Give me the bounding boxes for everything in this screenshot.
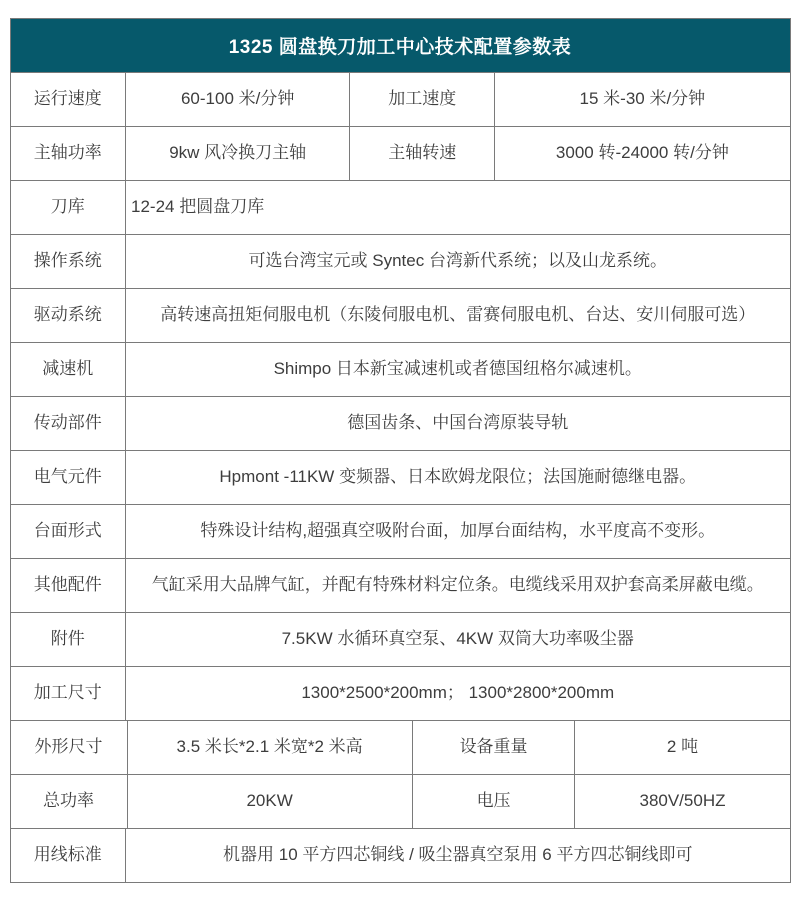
- spec-value-cell: 德国齿条、中国台湾原装导轨: [125, 397, 790, 450]
- spec-label-cell: 加工尺寸: [11, 667, 126, 720]
- spec-value-cell: 20KW: [127, 775, 412, 828]
- table-row: 运行速度60-100 米/分钟加工速度15 米-30 米/分钟: [11, 72, 790, 126]
- spec-label-cell: 主轴功率: [11, 127, 126, 180]
- spec-label-cell: 总功率: [11, 775, 127, 828]
- spec-label-cell: 台面形式: [11, 505, 126, 558]
- spec-label-cell: 运行速度: [11, 73, 126, 126]
- spec-label-cell: 加工速度: [349, 73, 494, 126]
- spec-value-cell: 9kw 风冷换刀主轴: [125, 127, 349, 180]
- spec-value-cell: Hpmont -11KW 变频器、日本欧姆龙限位；法国施耐德继电器。: [125, 451, 790, 504]
- table-title: 1325 圆盘换刀加工中心技术配置参数表: [11, 19, 790, 72]
- spec-table: 1325 圆盘换刀加工中心技术配置参数表 运行速度60-100 米/分钟加工速度…: [10, 18, 791, 883]
- table-row: 总功率20KW电压380V/50HZ: [11, 774, 790, 828]
- table-row: 刀库12-24 把圆盘刀库: [11, 180, 790, 234]
- spec-label-cell: 其他配件: [11, 559, 126, 612]
- spec-label-cell: 电气元件: [11, 451, 126, 504]
- spec-label-cell: 减速机: [11, 343, 126, 396]
- table-row: 减速机Shimpo 日本新宝减速机或者德国纽格尔减速机。: [11, 342, 790, 396]
- spec-value-cell: 60-100 米/分钟: [125, 73, 349, 126]
- spec-value-cell: 3000 转-24000 转/分钟: [494, 127, 789, 180]
- spec-label-cell: 附件: [11, 613, 126, 666]
- spec-label-cell: 主轴转速: [349, 127, 494, 180]
- spec-value-cell: 可选台湾宝元或 Syntec 台湾新代系统；以及山龙系统。: [125, 235, 790, 288]
- table-row: 外形尺寸3.5 米长*2.1 米宽*2 米高设备重量2 吨: [11, 720, 790, 774]
- spec-value-cell: 特殊设计结构,超强真空吸附台面，加厚台面结构，水平度高不变形。: [125, 505, 790, 558]
- table-row: 台面形式特殊设计结构,超强真空吸附台面，加厚台面结构，水平度高不变形。: [11, 504, 790, 558]
- spec-label-cell: 操作系统: [11, 235, 126, 288]
- spec-value-cell: 机器用 10 平方四芯铜线 / 吸尘器真空泵用 6 平方四芯铜线即可: [125, 829, 790, 882]
- spec-value-cell: 气缸采用大品牌气缸，并配有特殊材料定位条。电缆线采用双护套高柔屏蔽电缆。: [125, 559, 790, 612]
- spec-label-cell: 传动部件: [11, 397, 126, 450]
- spec-value-cell: 1300*2500*200mm； 1300*2800*200mm: [125, 667, 790, 720]
- table-row: 电气元件Hpmont -11KW 变频器、日本欧姆龙限位；法国施耐德继电器。: [11, 450, 790, 504]
- spec-value-cell: 12-24 把圆盘刀库: [125, 181, 790, 234]
- table-row: 加工尺寸1300*2500*200mm； 1300*2800*200mm: [11, 666, 790, 720]
- table-row: 操作系统可选台湾宝元或 Syntec 台湾新代系统；以及山龙系统。: [11, 234, 790, 288]
- table-row: 驱动系统高转速高扭矩伺服电机（东陵伺服电机、雷赛伺服电机、台达、安川伺服可选）: [11, 288, 790, 342]
- table-body: 运行速度60-100 米/分钟加工速度15 米-30 米/分钟主轴功率9kw 风…: [11, 72, 790, 882]
- table-row: 其他配件气缸采用大品牌气缸，并配有特殊材料定位条。电缆线采用双护套高柔屏蔽电缆。: [11, 558, 790, 612]
- spec-label-cell: 用线标准: [11, 829, 126, 882]
- table-row: 传动部件德国齿条、中国台湾原装导轨: [11, 396, 790, 450]
- spec-label-cell: 电压: [412, 775, 575, 828]
- table-row: 用线标准机器用 10 平方四芯铜线 / 吸尘器真空泵用 6 平方四芯铜线即可: [11, 828, 790, 882]
- spec-value-cell: 15 米-30 米/分钟: [494, 73, 789, 126]
- table-row: 主轴功率9kw 风冷换刀主轴主轴转速3000 转-24000 转/分钟: [11, 126, 790, 180]
- table-row: 附件7.5KW 水循环真空泵、4KW 双筒大功率吸尘器: [11, 612, 790, 666]
- spec-value-cell: 380V/50HZ: [574, 775, 789, 828]
- spec-value-cell: 7.5KW 水循环真空泵、4KW 双筒大功率吸尘器: [125, 613, 790, 666]
- spec-label-cell: 驱动系统: [11, 289, 126, 342]
- spec-value-cell: 高转速高扭矩伺服电机（东陵伺服电机、雷赛伺服电机、台达、安川伺服可选）: [125, 289, 790, 342]
- spec-label-cell: 外形尺寸: [11, 721, 127, 774]
- spec-value-cell: 3.5 米长*2.1 米宽*2 米高: [127, 721, 412, 774]
- spec-label-cell: 刀库: [11, 181, 126, 234]
- spec-value-cell: Shimpo 日本新宝减速机或者德国纽格尔减速机。: [125, 343, 790, 396]
- spec-value-cell: 2 吨: [574, 721, 789, 774]
- spec-label-cell: 设备重量: [412, 721, 575, 774]
